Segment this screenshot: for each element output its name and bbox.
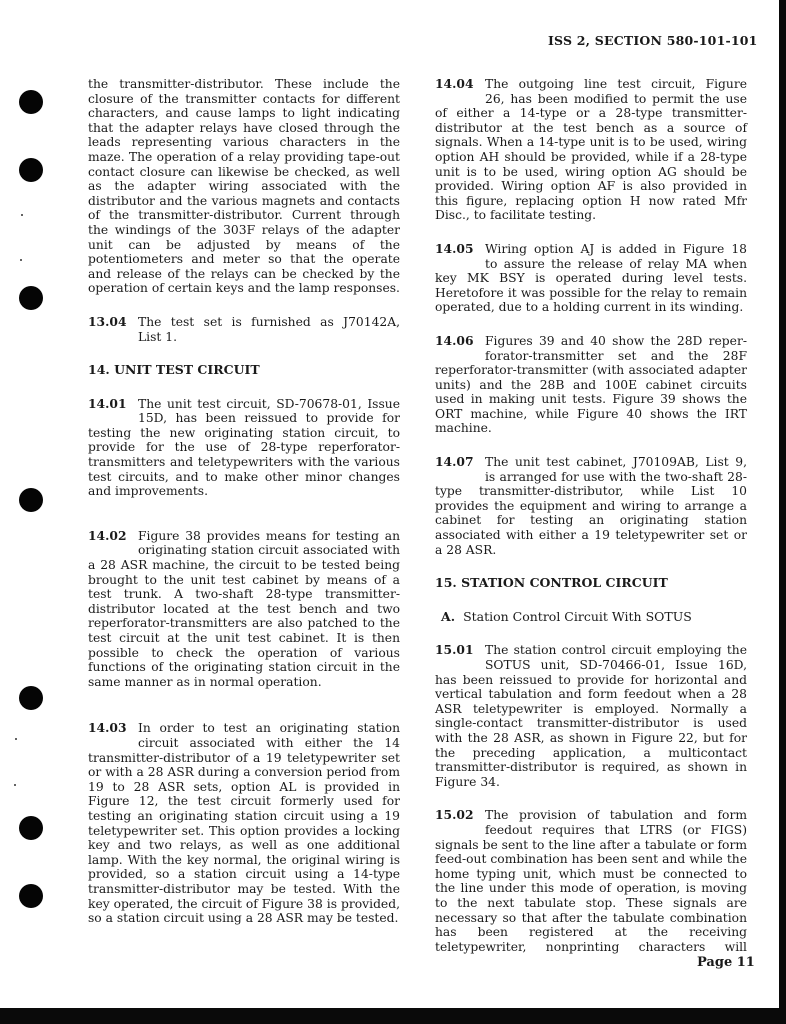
paragraph-first-line: The unit test circuit, SD-70678-01, Issu… [138, 397, 400, 411]
paragraph-body: List 1. [88, 330, 400, 345]
paragraph-14-02: 14.02Figure 38 provides means for testin… [88, 529, 400, 690]
left-column: the transmitter-distributor. These inclu… [88, 77, 400, 945]
paragraph-body: feedout requires that LTRS (or FIGS) sig… [435, 823, 747, 954]
paragraph-body: forator-transmitter set and the 28F repe… [435, 349, 747, 437]
section-heading-14: 14. UNIT TEST CIRCUIT [88, 363, 400, 378]
paragraph-number: 14.07 [435, 455, 485, 470]
paragraph-first-line: The outgoing line test circuit, Figure [485, 77, 747, 91]
paragraph-14-07: 14.07The unit test cabinet, J70109AB, Li… [435, 455, 747, 557]
paragraph-first-line: The test set is furnished as J70142A, [138, 315, 400, 329]
section-header: ISS 2, SECTION 580-101-101 [548, 33, 758, 48]
paragraph-body: is arranged for use with the two-shaft 2… [435, 470, 747, 558]
paragraph-number: 14.02 [88, 529, 138, 544]
scan-speck [20, 259, 22, 261]
punch-hole-icon [19, 884, 43, 908]
punch-hole-icon [19, 158, 43, 182]
paragraph-body: 15D, has been reissued to provide for te… [88, 411, 400, 499]
paragraph-body: SOTUS unit, SD-70466-01, Issue 16D, has … [435, 658, 747, 789]
section-heading-15: 15. STATION CONTROL CIRCUIT [435, 576, 747, 591]
paragraph-number: 15.01 [435, 643, 485, 658]
paragraph-number: 14.03 [88, 721, 138, 736]
paragraph-14-01: 14.01The unit test circuit, SD-70678-01,… [88, 397, 400, 499]
paragraph-number: 14.06 [435, 334, 485, 349]
paragraph-first-line: The provision of tabulation and form [485, 808, 747, 822]
paragraph-first-line: The station control circuit employing th… [485, 643, 747, 657]
paragraph-number: 14.05 [435, 242, 485, 257]
punch-hole-icon [19, 90, 43, 114]
subsection-heading-a: A.Station Control Circuit With SOTUS [441, 610, 747, 625]
scan-speck [15, 738, 17, 740]
paragraph-14-04: 14.04The outgoing line test circuit, Fig… [435, 77, 747, 223]
scan-edge-right [779, 0, 786, 1010]
paragraph-14-03: 14.03In order to test an originating sta… [88, 721, 400, 925]
scan-speck [21, 214, 23, 216]
punch-hole-icon [19, 286, 43, 310]
scan-speck [14, 784, 16, 786]
page-number: Page 11 [697, 955, 755, 970]
right-column: 14.04The outgoing line test circuit, Fig… [435, 77, 747, 973]
paragraph-first-line: Figure 38 provides means for testing an [138, 529, 400, 543]
subsection-title: Station Control Circuit With SOTUS [463, 609, 692, 624]
paragraph-number: 15.02 [435, 808, 485, 823]
scan-edge-bottom [0, 1008, 786, 1024]
continuation-paragraph: the transmitter-distributor. These inclu… [88, 77, 400, 296]
paragraph-first-line: Wiring option AJ is added in Figure 18 [485, 242, 747, 256]
punch-hole-icon [19, 686, 43, 710]
paragraph-14-05: 14.05Wiring option AJ is added in Figure… [435, 242, 747, 315]
paragraph-first-line: In order to test an originating station [138, 721, 400, 735]
paragraph-number: 14.01 [88, 397, 138, 412]
paragraph-first-line: The unit test cabinet, J70109AB, List 9, [485, 455, 747, 469]
paragraph-body: originating station circuit associated w… [88, 543, 400, 689]
punch-hole-icon [19, 488, 43, 512]
paragraph-body: 26, has been modified to permit the use … [435, 92, 747, 223]
paragraph-13-04: 13.04The test set is furnished as J70142… [88, 315, 400, 344]
paragraph-14-06: 14.06Figures 39 and 40 show the 28D repe… [435, 334, 747, 436]
subsection-letter: A. [441, 609, 455, 624]
paragraph-15-02: 15.02The provision of tabulation and for… [435, 808, 747, 954]
paragraph-number: 13.04 [88, 315, 138, 330]
paragraph-first-line: Figures 39 and 40 show the 28D reper- [485, 334, 747, 348]
paragraph-15-01: 15.01The station control circuit employi… [435, 643, 747, 789]
paragraph-number: 14.04 [435, 77, 485, 92]
paragraph-body: circuit associated with either the 14 tr… [88, 736, 400, 926]
punch-hole-icon [19, 816, 43, 840]
paragraph-body: to assure the release of relay MA when k… [435, 257, 747, 315]
